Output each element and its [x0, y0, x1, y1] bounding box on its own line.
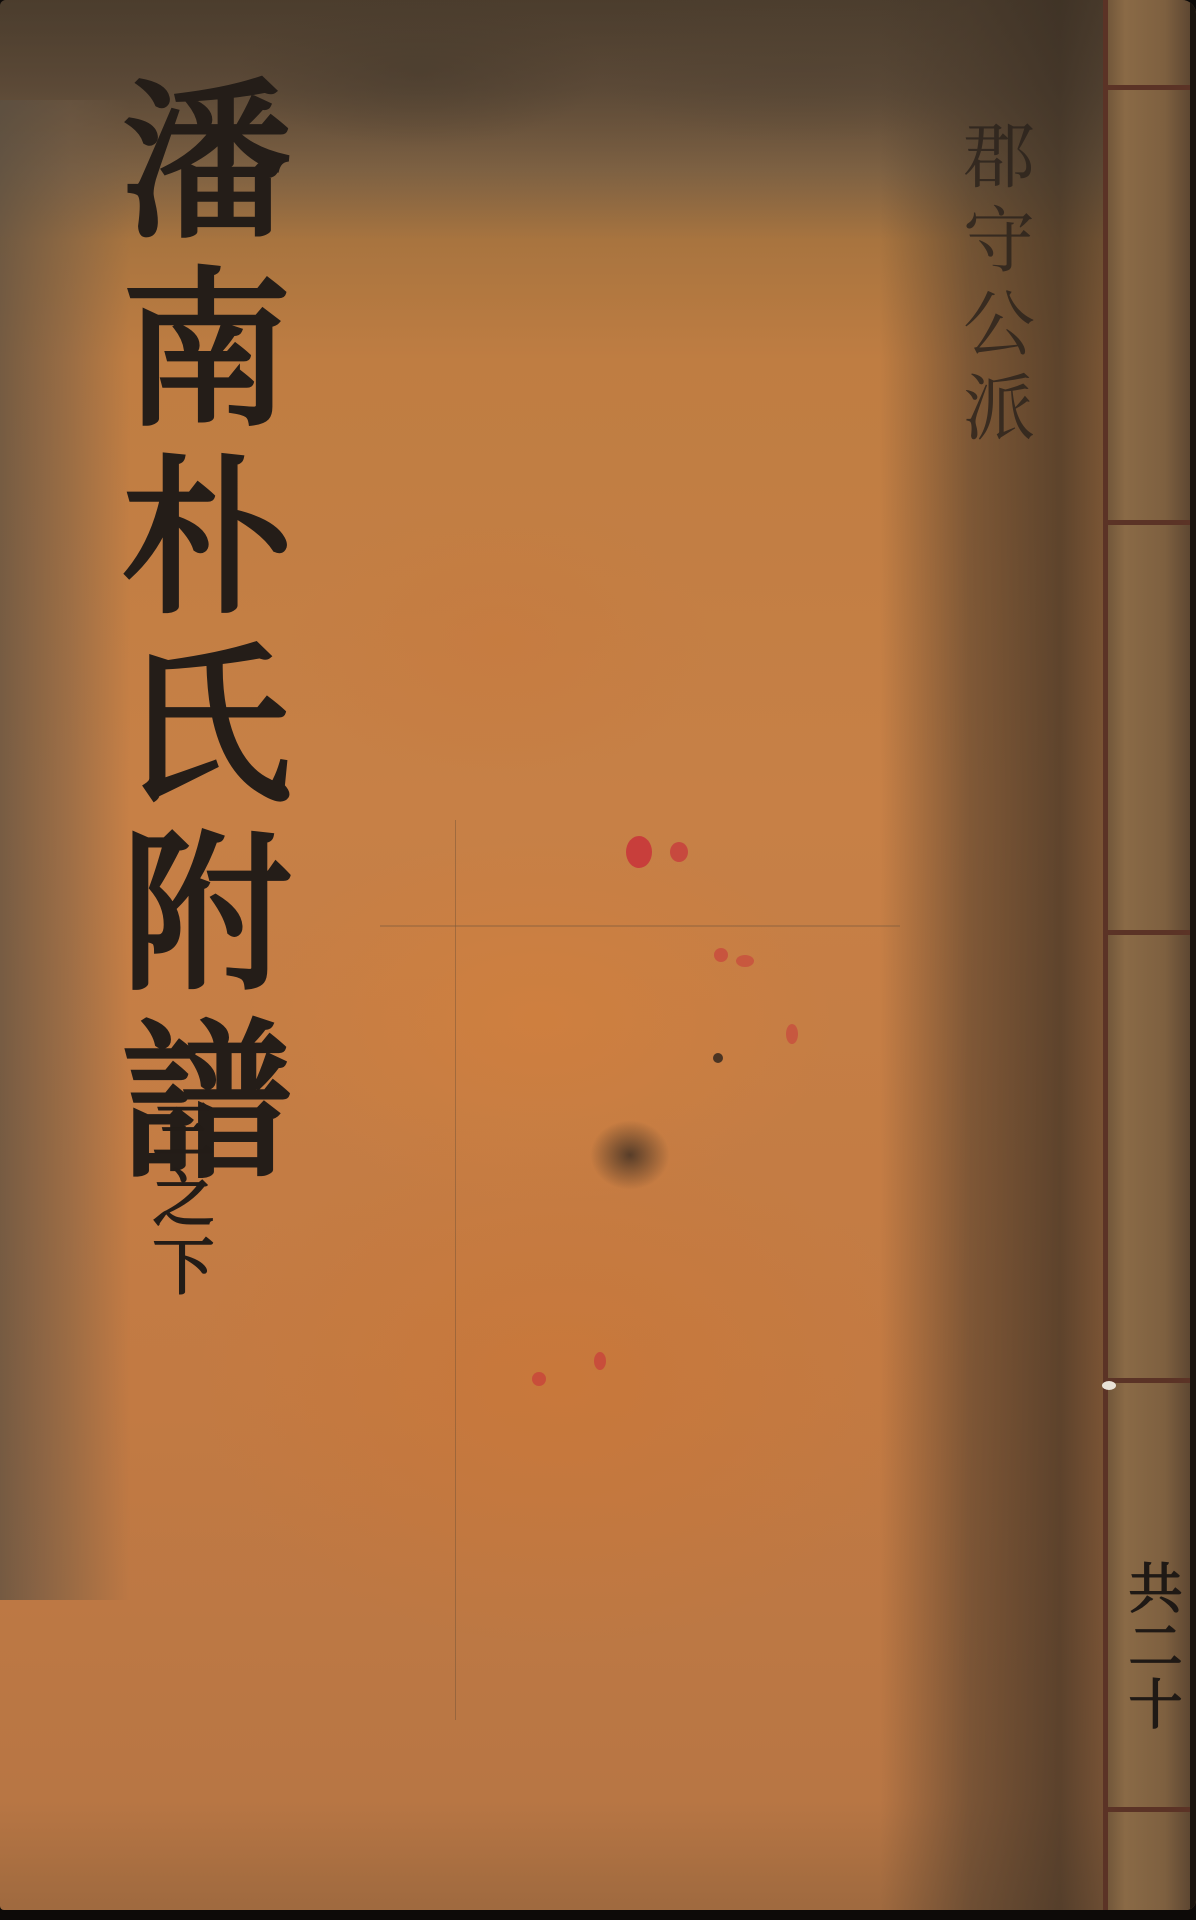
red-seal-mark	[714, 948, 728, 962]
paper-fold	[380, 925, 900, 927]
binding-thread	[1105, 520, 1190, 525]
paper-crease	[455, 820, 456, 1720]
red-seal-mark	[786, 1024, 798, 1044]
binding-thread	[1105, 1807, 1190, 1812]
binding-thread-vertical	[1103, 0, 1108, 1910]
set-count-label: 共二十	[1120, 1560, 1184, 1734]
branch-annotation: 郡守公派	[948, 118, 1038, 454]
red-seal-mark	[670, 842, 688, 862]
red-seal-mark	[736, 955, 754, 967]
binding-thread	[1105, 85, 1190, 90]
ink-dot	[713, 1053, 723, 1063]
red-seal-mark	[532, 1372, 546, 1386]
spine-edge	[1190, 0, 1196, 1910]
book-title: 潘南朴氏附譜	[92, 72, 292, 1200]
binding-thread	[1105, 930, 1190, 935]
ink-smudge	[590, 1120, 670, 1190]
red-seal-mark	[626, 836, 652, 868]
book-cover: 潘南朴氏附譜 三之下 郡守公派 共二十	[0, 0, 1196, 1910]
volume-number: 三之下	[138, 1098, 218, 1302]
binding-thread	[1105, 1378, 1190, 1383]
paper-fleck	[1102, 1381, 1116, 1390]
red-seal-mark	[594, 1352, 606, 1370]
